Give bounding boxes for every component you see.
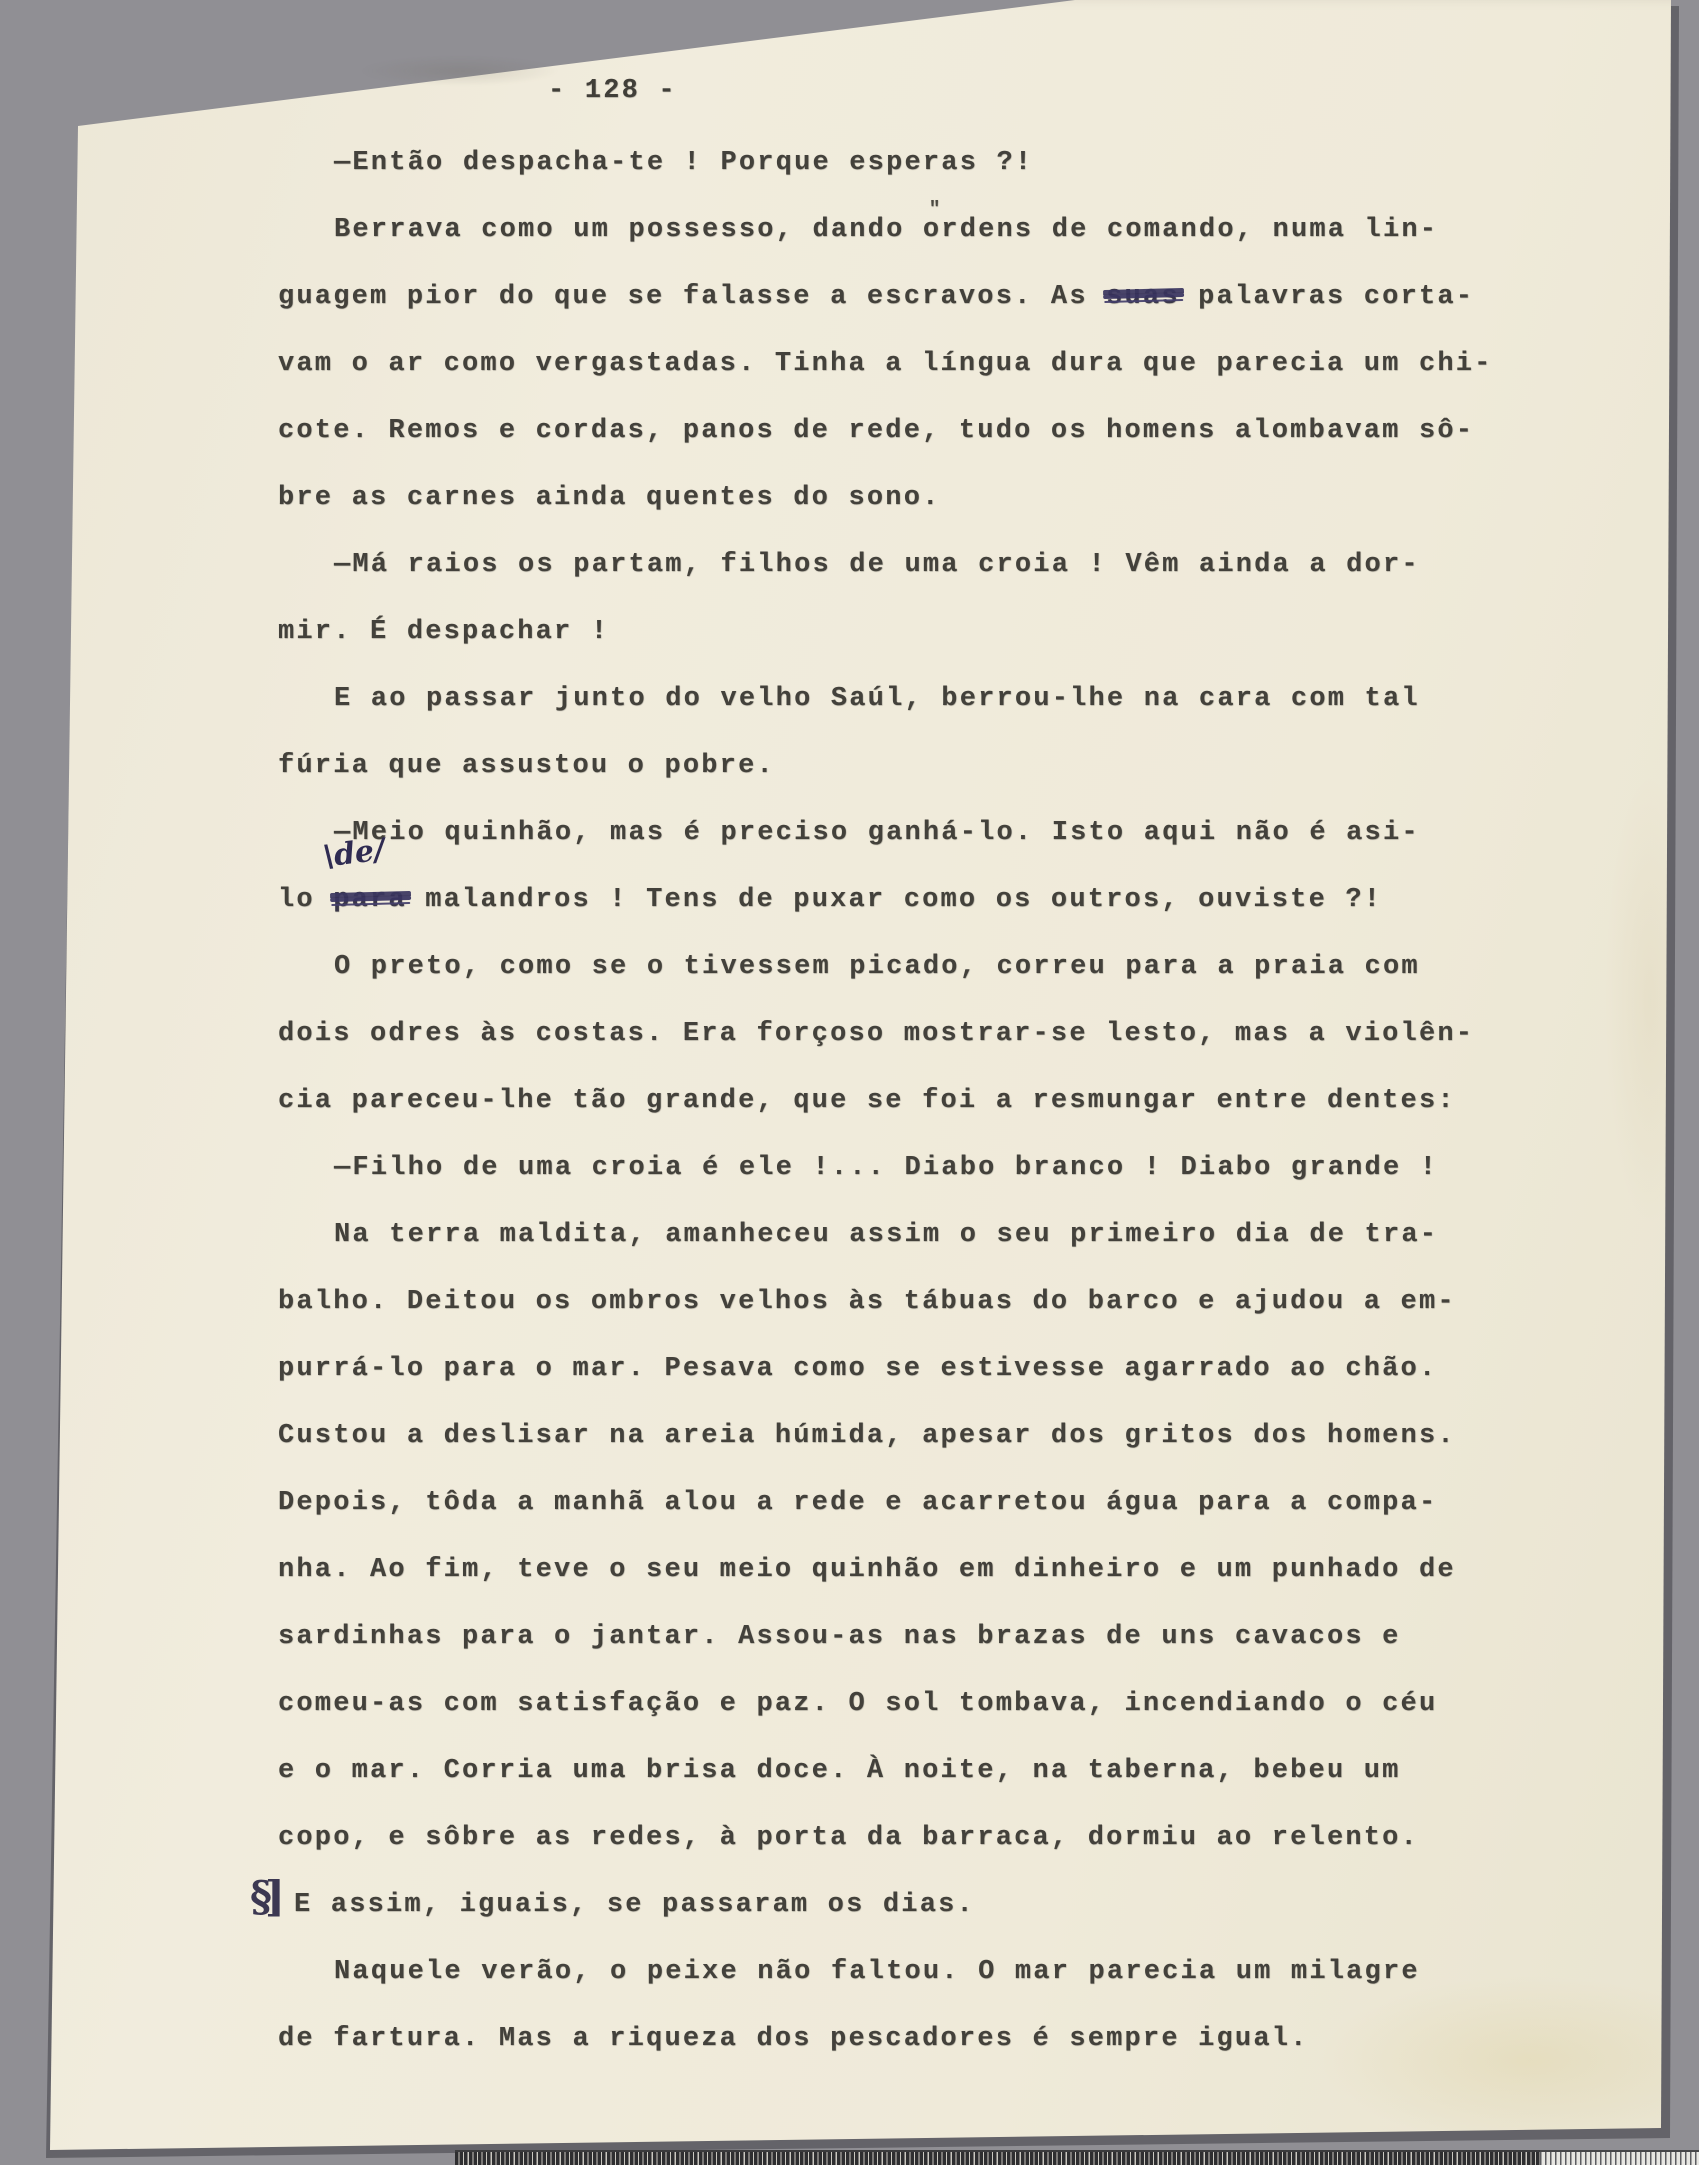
typed-line: sardinhas para o jantar. Assou-as nas br…	[278, 1604, 1538, 1671]
stray-ink-mark: "	[929, 200, 940, 219]
typed-text: E assim, iguais, se passaram os dias.	[294, 1890, 975, 1920]
typed-line: e o mar. Corria uma brisa doce. À noite,…	[278, 1738, 1538, 1805]
typed-text: vam o ar como vergastadas. Tinha a língu…	[278, 349, 1493, 379]
page-number: - 128 -	[548, 58, 677, 125]
typed-text-block: —Então despacha-te ! Porque esperas ?!Be…	[278, 130, 1538, 2073]
paragraph-mark-annotation: §]	[250, 1868, 278, 1927]
typed-line: nha. Ao fim, teve o seu meio quinhão em …	[278, 1537, 1538, 1604]
typed-line: O preto, como se o tivessem picado, corr…	[278, 934, 1538, 1001]
typed-line: vam o ar como vergastadas. Tinha a língu…	[278, 331, 1538, 398]
typed-text: E ao passar junto do velho Saúl, berrou-…	[334, 684, 1420, 714]
typed-text: —Filho de uma croia é ele !... Diabo bra…	[334, 1153, 1438, 1183]
typed-line: Na terra maldita, amanheceu assim o seu …	[278, 1202, 1538, 1269]
typed-text: —Então despacha-te ! Porque esperas ?!	[334, 148, 1033, 178]
typed-text: de fartura. Mas a riqueza dos pescadores…	[278, 2024, 1309, 2054]
typed-line: purrá-lo para o mar. Pesava como se esti…	[278, 1336, 1538, 1403]
typed-line: Berrava como um possesso, dando ordens" …	[278, 197, 1538, 264]
struck-out-word: suas	[1106, 282, 1180, 312]
typed-text: nha. Ao fim, teve o seu meio quinhão em …	[278, 1555, 1456, 1585]
typed-line: —Então despacha-te ! Porque esperas ?!	[278, 130, 1538, 197]
ruler-dark-segment	[455, 2150, 1540, 2165]
typed-text: —Má raios os partam, filhos de uma croia…	[334, 550, 1420, 580]
typed-line: Custou a deslisar na areia húmida, apesa…	[278, 1403, 1538, 1470]
typed-line: —Filho de uma croia é ele !... Diabo bra…	[278, 1135, 1538, 1202]
typed-text: ordens"	[923, 215, 1033, 245]
typed-text: bre as carnes ainda quentes do sono.	[278, 483, 941, 513]
typed-line: mir. É despachar !	[278, 599, 1538, 666]
typed-text: comeu-as com satisfação e paz. O sol tom…	[278, 1689, 1437, 1719]
typed-text: sardinhas para o jantar. Assou-as nas br…	[278, 1622, 1401, 1652]
typed-line: E ao passar junto do velho Saúl, berrou-…	[278, 666, 1538, 733]
typed-text: mir. É despachar !	[278, 617, 609, 647]
typed-line: fúria que assustou o pobre.	[278, 733, 1538, 800]
ink-smudge	[360, 56, 560, 86]
typed-line: —Má raios os partam, filhos de uma croia…	[278, 532, 1538, 599]
scan-background: - 128 - —Então despacha-te ! Porque espe…	[0, 0, 1699, 2165]
typed-line: cia pareceu-lhe tão grande, que se foi a…	[278, 1068, 1538, 1135]
typed-text: Depois, tôda a manhã alou a rede e acarr…	[278, 1488, 1437, 1518]
typed-line: de fartura. Mas a riqueza dos pescadores…	[278, 2006, 1538, 2073]
typed-text: dois odres às costas. Era forçoso mostra…	[278, 1019, 1474, 1049]
typed-text: de comando, numa lin-	[1033, 215, 1438, 245]
typed-text: purrá-lo para o mar. Pesava como se esti…	[278, 1354, 1437, 1384]
ruler-light-segment	[1540, 2150, 1699, 2165]
typed-line: bre as carnes ainda quentes do sono.	[278, 465, 1538, 532]
typed-line: guagem pior do que se falasse a escravos…	[278, 264, 1538, 331]
handwritten-insertion: \de/	[322, 835, 387, 872]
typed-line: Naquele verão, o peixe não faltou. O mar…	[278, 1939, 1538, 2006]
typed-text: cia pareceu-lhe tão grande, que se foi a…	[278, 1086, 1456, 1116]
typed-line: dois odres às costas. Era forçoso mostra…	[278, 1001, 1538, 1068]
typed-text: palavras corta-	[1180, 282, 1474, 312]
typed-text: O preto, como se o tivessem picado, corr…	[334, 952, 1420, 982]
typed-text: Berrava como um possesso, dando	[334, 215, 923, 245]
typed-text: —Meio quinhão, mas é preciso ganhá-lo. I…	[334, 818, 1420, 848]
typed-text: balho. Deitou os ombros velhos às tábuas…	[278, 1287, 1456, 1317]
typed-line: cote. Remos e cordas, panos de rede, tud…	[278, 398, 1538, 465]
typed-line: §]E assim, iguais, se passaram os dias.	[278, 1872, 1538, 1939]
typed-line: copo, e sôbre as redes, à porta da barra…	[278, 1805, 1538, 1872]
ruler-strip	[455, 2150, 1699, 2165]
typed-text: copo, e sôbre as redes, à porta da barra…	[278, 1823, 1419, 1853]
typed-line: Depois, tôda a manhã alou a rede e acarr…	[278, 1470, 1538, 1537]
struck-out-word: para\de/	[333, 885, 407, 915]
typed-text: cote. Remos e cordas, panos de rede, tud…	[278, 416, 1474, 446]
typed-text: Custou a deslisar na areia húmida, apesa…	[278, 1421, 1456, 1451]
typed-line: balho. Deitou os ombros velhos às tábuas…	[278, 1269, 1538, 1336]
typed-text: e o mar. Corria uma brisa doce. À noite,…	[278, 1756, 1401, 1786]
typed-text: Na terra maldita, amanheceu assim o seu …	[334, 1220, 1438, 1250]
typed-line: lo para\de/ malandros ! Tens de puxar co…	[278, 867, 1538, 934]
typed-text: lo	[278, 885, 333, 915]
typed-text: Naquele verão, o peixe não faltou. O mar…	[334, 1957, 1420, 1987]
typed-text: guagem pior do que se falasse a escravos…	[278, 282, 1106, 312]
typed-line: —Meio quinhão, mas é preciso ganhá-lo. I…	[278, 800, 1538, 867]
typed-text: malandros ! Tens de puxar como os outros…	[407, 885, 1382, 915]
typed-line: comeu-as com satisfação e paz. O sol tom…	[278, 1671, 1538, 1738]
typed-text: fúria que assustou o pobre.	[278, 751, 775, 781]
